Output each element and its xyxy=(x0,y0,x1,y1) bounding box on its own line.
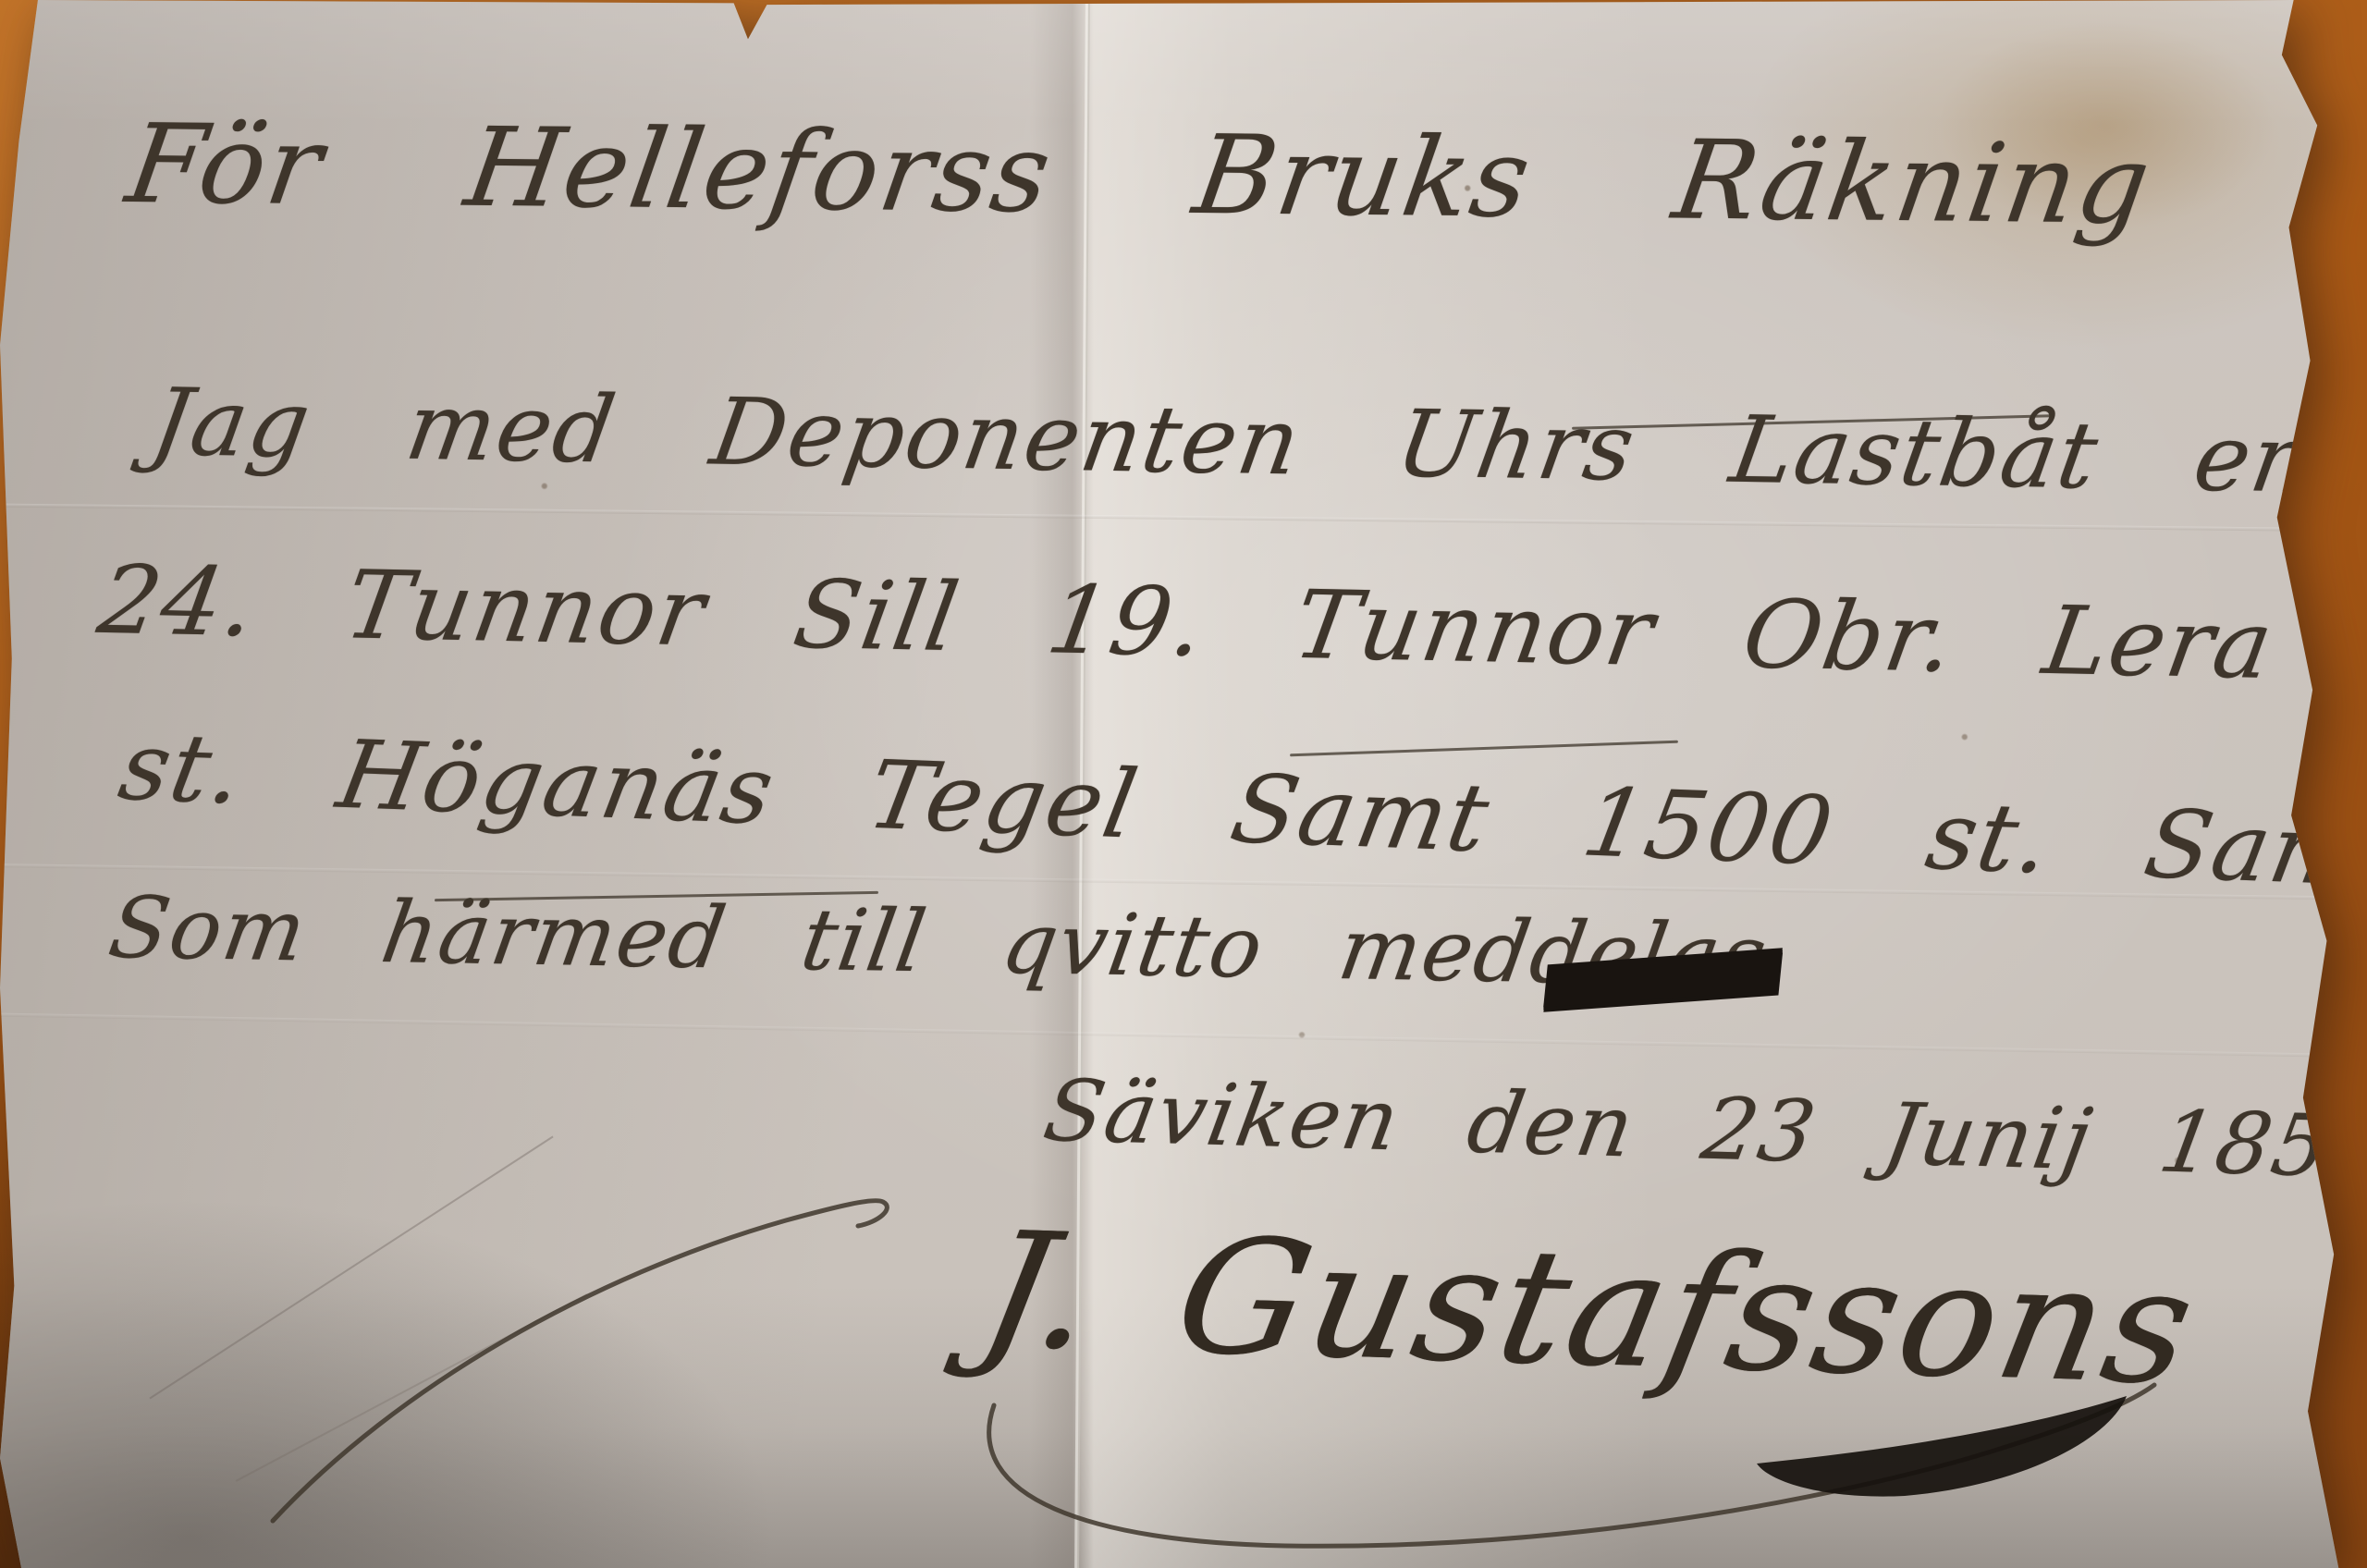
handwriting-line-5: Som härmed till qvitto meddelas xyxy=(103,878,1774,1006)
wrinkle-line-2 xyxy=(236,1293,588,1482)
horizontal-crease-3 xyxy=(0,1013,2367,1059)
dateline: Säviken den 23 Junij 1852. xyxy=(1037,1061,2367,1198)
paper-sheet: För Helleforss Bruks Räkning har Jag med… xyxy=(0,0,2367,1568)
photo-background: För Helleforss Bruks Räkning har Jag med… xyxy=(0,0,2367,1568)
wrinkle-line-1 xyxy=(149,1136,553,1400)
left-flourish-stroke xyxy=(273,1201,887,1521)
paper-shadow-wrap: För Helleforss Bruks Räkning har Jag med… xyxy=(0,0,2367,1568)
handwriting-line-1: För Helleforss Bruks Räkning har xyxy=(119,100,2367,252)
handwriting-line-2: Jag med Deponenten Uhrs Lastbåt emottagi… xyxy=(145,368,2367,520)
handwriting-line-3: 24. Tunnor Sill 19. Tunnor Obr. Lera 2,5… xyxy=(92,545,2367,709)
signature: J. Gustafssons xyxy=(968,1197,2210,1420)
